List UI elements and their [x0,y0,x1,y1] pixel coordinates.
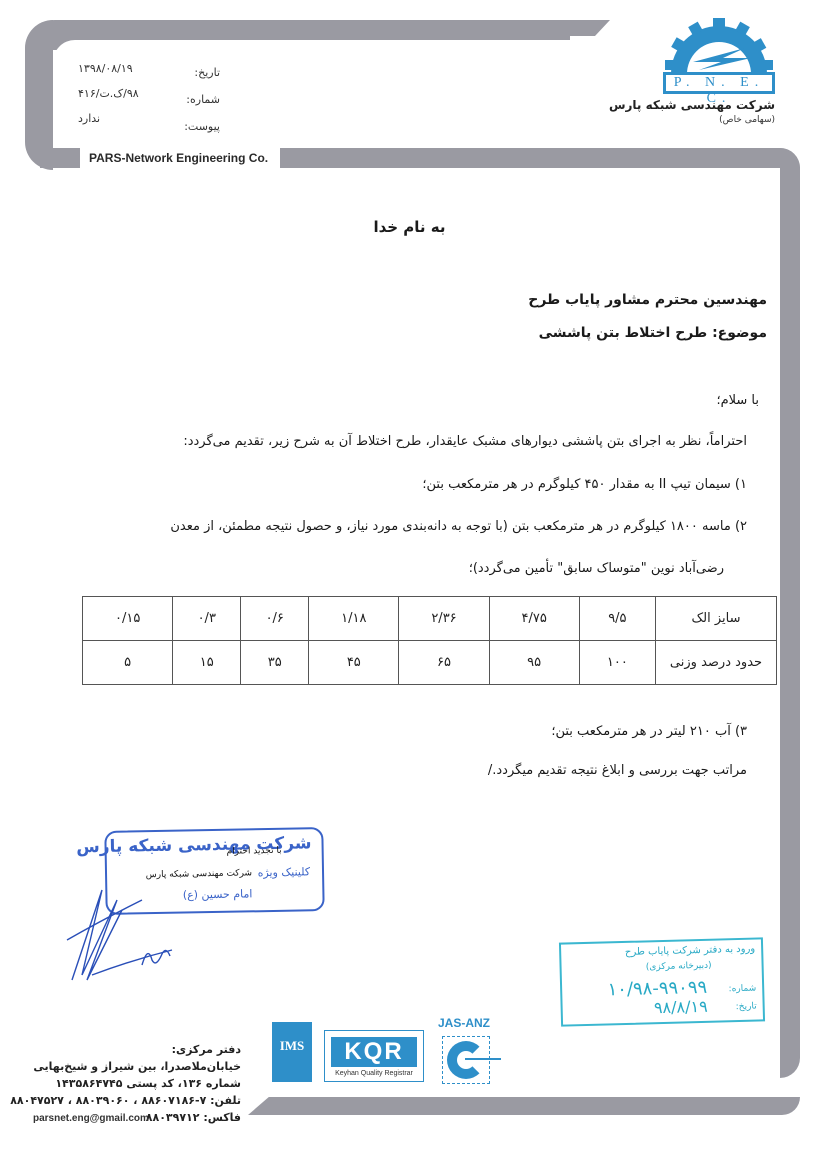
table-row: حدود درصد وزنی ۱۰۰ ۹۵ ۶۵ ۴۵ ۳۵ ۱۵ ۵ [83,641,777,685]
greeting: با سلام؛ [716,393,759,408]
number-label: شماره: [186,93,220,106]
subject: موضوع: طرح اختلاط بتن پاششی [539,325,767,341]
kqr-subtitle: Keyhan Quality Registrar [325,1070,423,1077]
logo-acronym: P. N. E. C. [663,72,775,94]
phone-numbers: تلفن: ۷-۸۸۶۰۷۱۸۶ ، ۸۸۰۳۹۰۶۰ ، ۸۸۰۴۷۵۲۷ [10,1094,241,1107]
table-cell: ۴/۷۵ [489,597,579,641]
company-name-english: PARS-Network Engineering Co. [83,150,274,166]
frame-bottom-border [500,1097,800,1115]
frame-right-border [780,148,800,1078]
table-cell: ۱۰۰ [579,641,655,685]
stamp-line-clinic: کلینیک ویژه [258,865,311,879]
item-sand: ۲) ماسه ۱۸۰۰ کیلوگرم در هر مترمکعب بتن (… [170,519,747,534]
table-cell: ۶۵ [399,641,489,685]
fax-number: فاکس: ۸۸۰۳۹۷۱۲ [146,1111,241,1124]
receipt-stamp-subtitle: (دبیرخانه مرکزی) [646,961,712,973]
invocation: به نام خدا [0,218,819,236]
email-link[interactable]: parsnet.eng@gmail.com [33,1113,149,1124]
company-name-persian: شرکت مهندسی شبکه پارس [609,98,775,112]
table-cell: ۱۵ [173,641,241,685]
receipt-date-label: تاریخ: [736,1002,757,1013]
stamp-overprint-company: شرکت مهندسی شبکه پارس [146,868,252,880]
row-header-weight-percent: حدود درصد وزنی [656,641,777,685]
table-cell: ۰/۳ [173,597,241,641]
ims-label: IMS [272,1038,312,1054]
table-cell: ۵ [83,641,173,685]
item-sand-source: رضی‌آباد نوین "متوساک سابق" تأمین می‌گرد… [469,561,724,576]
item-cement: ۱) سیمان تیپ II به مقدار ۴۵۰ کیلوگرم در … [422,477,747,492]
recipient: مهندسین محترم مشاور پایاب طرح [528,292,767,308]
jas-anz-certification-logo: JAS-ANZ [436,1016,506,1086]
kqr-certification-logo: KQR Keyhan Quality Registrar [324,1030,424,1082]
closing: مراتب جهت بررسی و ابلاغ نتیجه تقدیم میگر… [488,763,747,778]
date-label: تاریخ: [194,66,220,79]
receipt-date-value: ۹۸/۸/۱۹ [654,997,708,1017]
table-cell: ۴۵ [309,641,399,685]
letter-meta: تاریخ: ۱۳۹۸/۰۸/۱۹ شماره: ۹۸/ک.ت/۴۱۶ پیوس… [70,62,220,137]
stamp-line-hospital: امام حسین (ع) [183,887,253,901]
item-water: ۳) آب ۲۱۰ لیتر در هر مترمکعب بتن؛ [551,724,747,739]
intro-paragraph: احتراماً، نظر به اجرای بتن پاششی دیوارها… [183,434,747,449]
address-line-2: شماره ۱۳۶، کد پستی ۱۴۳۵۸۶۴۷۴۵ [55,1077,241,1090]
receipt-stamp: ورود به دفتر شرکت پایاب طرح (دبیرخانه مر… [559,937,765,1026]
number-value: ۹۸/ک.ت/۴۱۶ [78,87,139,100]
row-header-sieve-size: سایز الک [656,597,777,641]
kqr-label: KQR [331,1037,417,1067]
attachment-value: ندارد [78,112,100,125]
table-cell: ۰/۱۵ [83,597,173,641]
ims-certification-logo: IMS [272,1022,312,1082]
frame-top-slant [560,20,610,36]
receipt-number-label: شماره: [728,984,756,995]
frame-band [280,148,800,168]
signature-icon [62,880,182,990]
sieve-gradation-table: سایز الک ۹/۵ ۴/۷۵ ۲/۳۶ ۱/۱۸ ۰/۶ ۰/۳ ۰/۱۵… [82,596,777,685]
table-cell: ۰/۶ [241,597,309,641]
frame-bottom-slant [248,1097,508,1115]
table-row: سایز الک ۹/۵ ۴/۷۵ ۲/۳۶ ۱/۱۸ ۰/۶ ۰/۳ ۰/۱۵ [83,597,777,641]
address-line-1: خیابان‌ملاصدرا، بین شیراز و شیخ‌بهایی [33,1060,241,1073]
date-value: ۱۳۹۸/۰۸/۱۹ [78,62,133,75]
jas-anz-c-icon [442,1036,490,1084]
stamp-overprint-regards: با تجدید احترام [227,846,282,857]
company-type: (سهامی خاص) [719,115,775,125]
frame-band-left [40,148,80,168]
table-cell: ۱/۱۸ [309,597,399,641]
table-cell: ۳۵ [241,641,309,685]
table-cell: ۹۵ [489,641,579,685]
office-label: دفتر مرکزی: [172,1043,241,1056]
gear-bolt-icon [663,18,775,74]
attachment-label: پیوست: [184,120,220,133]
receipt-stamp-title: ورود به دفتر شرکت پایاب طرح [625,944,755,958]
jas-anz-label: JAS-ANZ [438,1016,490,1030]
table-cell: ۹/۵ [579,597,655,641]
table-cell: ۲/۳۶ [399,597,489,641]
